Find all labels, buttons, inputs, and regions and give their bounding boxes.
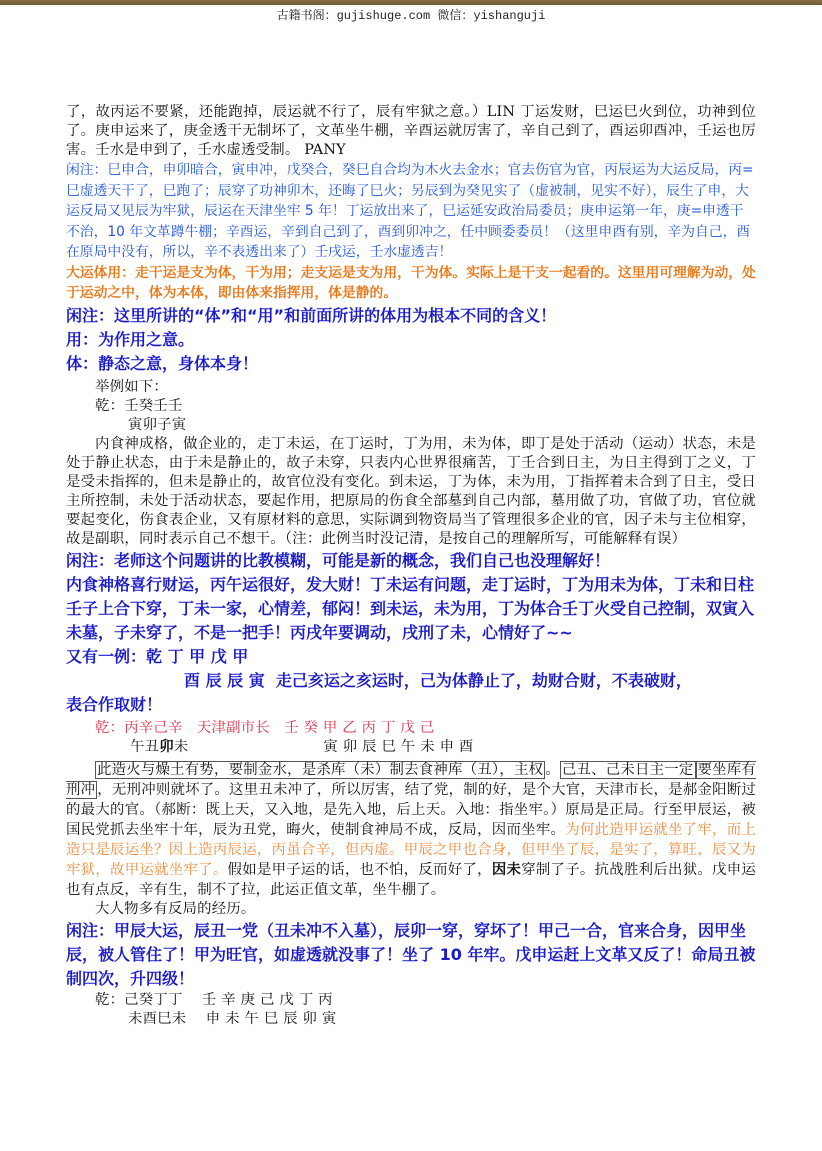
boxed-phrase-2a: 己丑、己未日主一定: [560, 761, 696, 779]
note-paragraph-2: 闲注：巳申合，申卯暗合，寅申冲，戊癸合，癸巳自合均为木火去金水；官去伤官为官，丙…: [66, 160, 756, 263]
paragraph-1: 了，故丙运不要紧，还能跑掉，辰运就不行了，辰有牢狱之意。）LIN 丁运发财，巳运…: [66, 103, 756, 160]
chart-2-title: 天津副市长: [197, 720, 270, 736]
chart-3-branches: 未酉巳未 申 未 午 巳 辰 卯 寅: [66, 1010, 756, 1029]
dayun-tiyong-paragraph: 大运体用：走干运是支为体，干为用；走支运是支为用，干为体。实际上是干支一起看的。…: [66, 263, 756, 304]
chart-2-stem-pillars: 丙辛己辛: [124, 720, 182, 736]
another-example-line1: 又有一例：乾 丁 甲 戊 甲: [66, 645, 756, 669]
note-jiachen-dayun: 闲注：甲辰大运，辰丑一党（丑未冲不入墓），辰卯一穿，穿坏了！甲己一合，官来合身，…: [66, 919, 756, 991]
yong-definition: 用：为作用之意。: [66, 328, 756, 352]
chart-2-label: 乾：: [95, 720, 124, 736]
analysis-bold-text: 因未: [492, 862, 521, 878]
ti-definition: 体：静态之意，身体本身！: [66, 352, 756, 376]
chart-1-branches: 寅卯子寅: [66, 416, 756, 435]
chart-2-stems: 乾：丙辛己辛 天津副市长 壬 癸 甲 乙 丙 丁 戊 己: [66, 719, 756, 738]
example-intro: 举例如下：: [66, 378, 756, 397]
chart-1-stems: 乾：壬癸壬壬: [66, 397, 756, 416]
chart-2-branch-a: 午丑: [130, 739, 159, 755]
boxed-phrase-1: 此造火与燥土有势，要制金水，是杀库（未）制去食神库（丑），主权: [95, 761, 545, 779]
big-figures-note: 大人物多有反局的经历。: [66, 900, 756, 919]
chart-2-branch-bold: 卯: [159, 739, 174, 755]
another-example-line2: 酉 辰 辰 寅 走己亥运之亥运时，己为体静止了，劫财合财，不表破财，: [66, 669, 756, 693]
note-teacher-vague: 闲注：老师这个问题讲的比教模糊，可能是新的概念，我们自己也没理解好！: [66, 549, 756, 573]
chart-2-luck-stems: 壬 癸 甲 乙 丙 丁 戊 己: [284, 720, 434, 736]
top-decorative-bar: [0, 0, 822, 5]
note-shishen-cai: 内食神格喜行财运，丙午运很好，发大财！丁未运有问题，走丁运时，丁为用未为体，丁未…: [66, 573, 756, 645]
chart-2-branch-b: 未: [174, 739, 189, 755]
chart-2-branches: 午丑卯未寅 卯 辰 巳 午 未 申 酉: [66, 738, 756, 757]
paragraph-chart-2-analysis: 此造火与燥土有势，要制金水，是杀库（未）制去食神库（丑），主权。己丑、己未日主一…: [66, 760, 756, 900]
analysis-tail-1: 假如是甲子运的话，也不怕，反而好了，: [228, 862, 492, 878]
another-example-text: 走己亥运之亥运时，己为体静止了，劫财合财，不表破财，: [276, 671, 692, 690]
another-example-line3: 表合作取财！: [66, 693, 756, 717]
period: 。: [545, 762, 560, 778]
another-example-branches: 酉 辰 辰 寅: [184, 671, 265, 690]
site-header: 古籍书阁：gujishuge.com 微信：yishanguji: [0, 6, 822, 23]
document-page: 了，故丙运不要紧，还能跑掉，辰运就不行了，辰有牢狱之意。）LIN 丁运发财，巳运…: [66, 103, 756, 1029]
paragraph-example-explanation: 内食神成格，做企业的，走丁未运，在丁运时，丁为用，未为体，即丁是处于活动（运动）…: [66, 435, 756, 549]
chart-2-luck-branches: 寅 卯 辰 巳 午 未 申 酉: [323, 739, 473, 755]
chart-3-stems: 乾：己癸丁丁 壬 辛 庚 己 戊 丁 丙: [66, 991, 756, 1010]
note-tiyong-meaning: 闲注：这里所讲的“体”和“用”和前面所讲的体用为根本不同的含义！: [66, 304, 756, 328]
